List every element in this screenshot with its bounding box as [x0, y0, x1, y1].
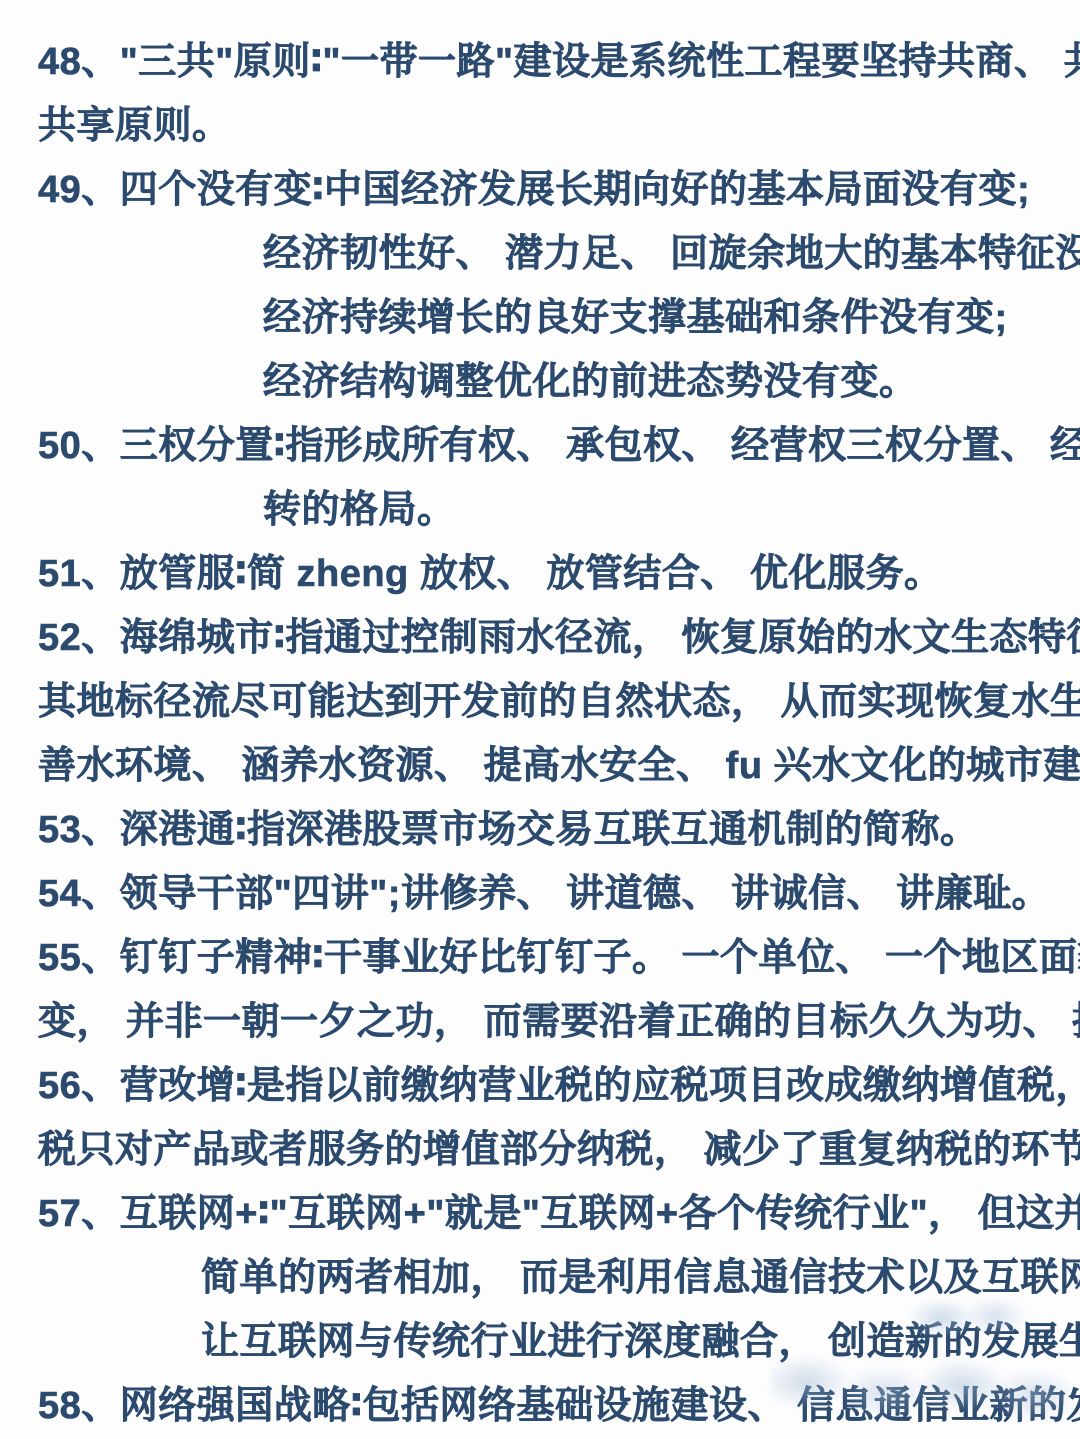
text-line: 转的格局。	[263, 478, 1080, 542]
text-line: 49、四个没有变∶中国经济发展长期向好的基本局面没有变;	[38, 158, 1080, 222]
text-line: 税只对产品或者服务的增值部分纳税， 减少了重复纳税的环节。	[38, 1118, 1080, 1182]
text-line: 经济韧性好、 潜力足、 回旋余地大的基本特征没有变;	[263, 222, 1080, 286]
text-line: 48、"三共"原则∶"一带一路"建设是系统性工程要坚持共商、 共建、	[38, 30, 1080, 94]
text-line: 简单的两者相加， 而是利用信息通信技术以及互联网平台，	[201, 1246, 1080, 1310]
text-line: 56、营改增∶是指以前缴纳营业税的应税项目改成缴纳增值税， 增值	[38, 1054, 1080, 1118]
text-line: 52、海绵城市∶指通过控制雨水径流， 恢复原始的水文生态特征， 使	[38, 606, 1080, 670]
text-line: 经济结构调整优化的前进态势没有变。	[263, 350, 1080, 414]
document-page: 48、"三共"原则∶"一带一路"建设是系统性工程要坚持共商、 共建、共享原则。4…	[0, 0, 1080, 1439]
text-line: 55、钉钉子精神∶干事业好比钉钉子。 一个单位、 一个地区面貌的改	[38, 926, 1080, 990]
text-line: 51、放管服∶简 zheng 放权、 放管结合、 优化服务。	[38, 542, 1080, 606]
text-line: 共享原则。	[38, 94, 1080, 158]
text-line: 其地标径流尽可能达到开发前的自然状态， 从而实现恢复水生态、 改	[38, 670, 1080, 734]
text-line: 54、领导干部"四讲";讲修养、 讲道德、 讲诚信、 讲廉耻。	[38, 862, 1080, 926]
text-line: 57、互联网+∶"互联网+"就是"互联网+各个传统行业"， 但这并不是	[38, 1182, 1080, 1246]
text-line: 53、深港通∶指深港股票市场交易互联互通机制的简称。	[38, 798, 1080, 862]
text-line: 50、三权分置∶指形成所有权、 承包权、 经营权三权分置、 经营权流	[38, 414, 1080, 478]
text-line: 善水环境、 涵养水资源、 提高水安全、 fu 兴水文化的城市建设目标。	[38, 734, 1080, 798]
document-body: 48、"三共"原则∶"一带一路"建设是系统性工程要坚持共商、 共建、共享原则。4…	[0, 30, 1080, 1438]
text-line: 经济持续增长的良好支撑基础和条件没有变;	[263, 286, 1080, 350]
text-line: 变， 并非一朝一夕之功， 而需要沿着正确的目标久久为功、 持之以恒。	[38, 990, 1080, 1054]
text-line: 58、网络强国战略∶包括网络基础设施建设、 信息通信业新的发展	[38, 1374, 1080, 1438]
text-line: 让互联网与传统行业进行深度融合， 创造新的发展生态	[201, 1310, 1080, 1374]
